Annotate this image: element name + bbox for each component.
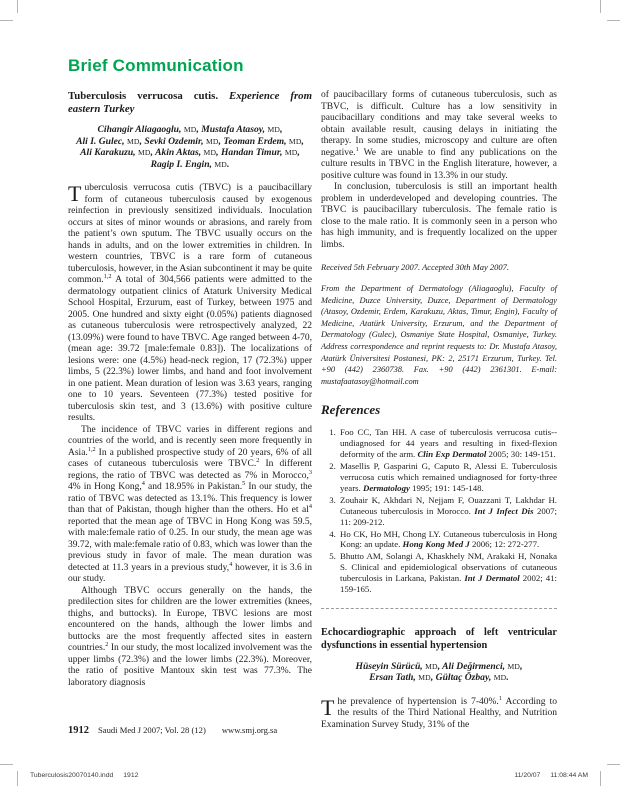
crop-mark [0,764,13,765]
article1-paragraph-1: Tuberculosis verrucosa cutis (TBVC) is a… [68,183,312,425]
crop-mark [607,20,620,21]
reference-item: Foo CC, Tan HH. A case of tuberculosis v… [338,427,557,460]
author-line: Ali Karakuzu, MD, Akin Aktas, MD, Handan… [68,147,312,159]
author-line: Ali I. Gulec, MD, Sevki Ozdemir, MD, Teo… [68,136,312,148]
reference-item: Zouhair K, Akhdari N, Nejjam F, Ouazzani… [338,495,557,528]
article2-author-list: Hüseyin Sürücü, MD, Ali Değirmenci, MD, … [321,661,557,684]
journal-footer: 1912Saudi Med J 2007; Vol. 28 (12)www.sm… [68,725,277,736]
reference-item: Masellis P, Gasparini G, Caputo R, Aless… [338,461,557,494]
article1-paragraph-4: of paucibacillary forms of cutaneous tub… [321,90,557,182]
author-line: Cihangir Aliagaoglu, MD, Mustafa Atasoy,… [68,124,312,136]
references-heading: References [321,402,557,418]
proof-file-info: Tuberculosis20070140.indd1912 [30,772,138,779]
drop-cap: T [321,697,337,717]
author-line: Ragip I. Engin, MD. [68,159,312,171]
article-divider [321,608,557,609]
proof-timestamp: 11/20/0711:08:44 AM [514,772,588,779]
article1-title: Tuberculosis verrucosa cutis. Experience… [68,90,312,115]
paragraph-text: he prevalence of hypertension is 7-40%.1… [321,697,557,730]
right-column: of paucibacillary forms of cutaneous tub… [321,90,557,731]
journal-page: Brief Communication Tuberculosis verruco… [0,0,620,786]
article1-paragraph-2: The incidence of TBVC varies in differen… [68,425,312,586]
two-column-layout: Tuberculosis verrucosa cutis. Experience… [68,90,557,731]
section-heading: Brief Communication [68,56,557,76]
article1-conclusion-paragraph: In conclusion, tuberculosis is still an … [321,182,557,251]
page-number: 1912 [68,725,89,736]
crop-mark [600,0,601,13]
received-accepted-dates: Received 5th February 2007. Accepted 30t… [321,262,557,273]
article1-title-main: Tuberculosis verrucosa cutis. [68,90,218,102]
journal-website: www.smj.org.sa [222,725,277,735]
article2-paragraph-1: The prevalence of hypertension is 7-40%.… [321,697,557,732]
article2-title: Echocardiographic approach of left ventr… [321,626,557,652]
crop-mark [607,764,620,765]
journal-citation: Saudi Med J 2007; Vol. 28 (12) [98,725,206,735]
proof-time: 11:08:44 AM [550,772,588,779]
references-list: Foo CC, Tan HH. A case of tuberculosis v… [321,427,557,595]
author-line: Hüseyin Sürücü, MD, Ali Değirmenci, MD, [321,661,557,673]
proof-date: 11/20/07 [514,772,540,779]
reference-item: Ho CK, Ho MH, Chong LY. Cutaneous tuberc… [338,529,557,551]
article1-paragraph-3: Although TBVC occurs generally on the ha… [68,586,312,690]
crop-mark [17,0,18,13]
crop-mark [17,771,18,786]
drop-cap: T [68,183,84,203]
left-column: Tuberculosis verrucosa cutis. Experience… [68,90,312,731]
article1-author-list: Cihangir Aliagaoglu, MD, Mustafa Atasoy,… [68,124,312,170]
reference-item: Bhutto AM, Solangi A, Khaskhely NM, Arak… [338,551,557,595]
page-content: Brief Communication Tuberculosis verruco… [68,56,557,731]
crop-mark [0,20,13,21]
crop-mark [600,771,601,786]
affiliation-correspondence: From the Department of Dermatology (Alia… [321,283,557,387]
proof-file-page: 1912 [123,772,138,779]
proof-filename: Tuberculosis20070140.indd [30,772,113,779]
paragraph-text: uberculosis verrucosa cutis (TBVC) is a … [68,183,312,423]
author-line: Ersan Tatlı, MD, Gültaç Özbay, MD. [321,672,557,684]
